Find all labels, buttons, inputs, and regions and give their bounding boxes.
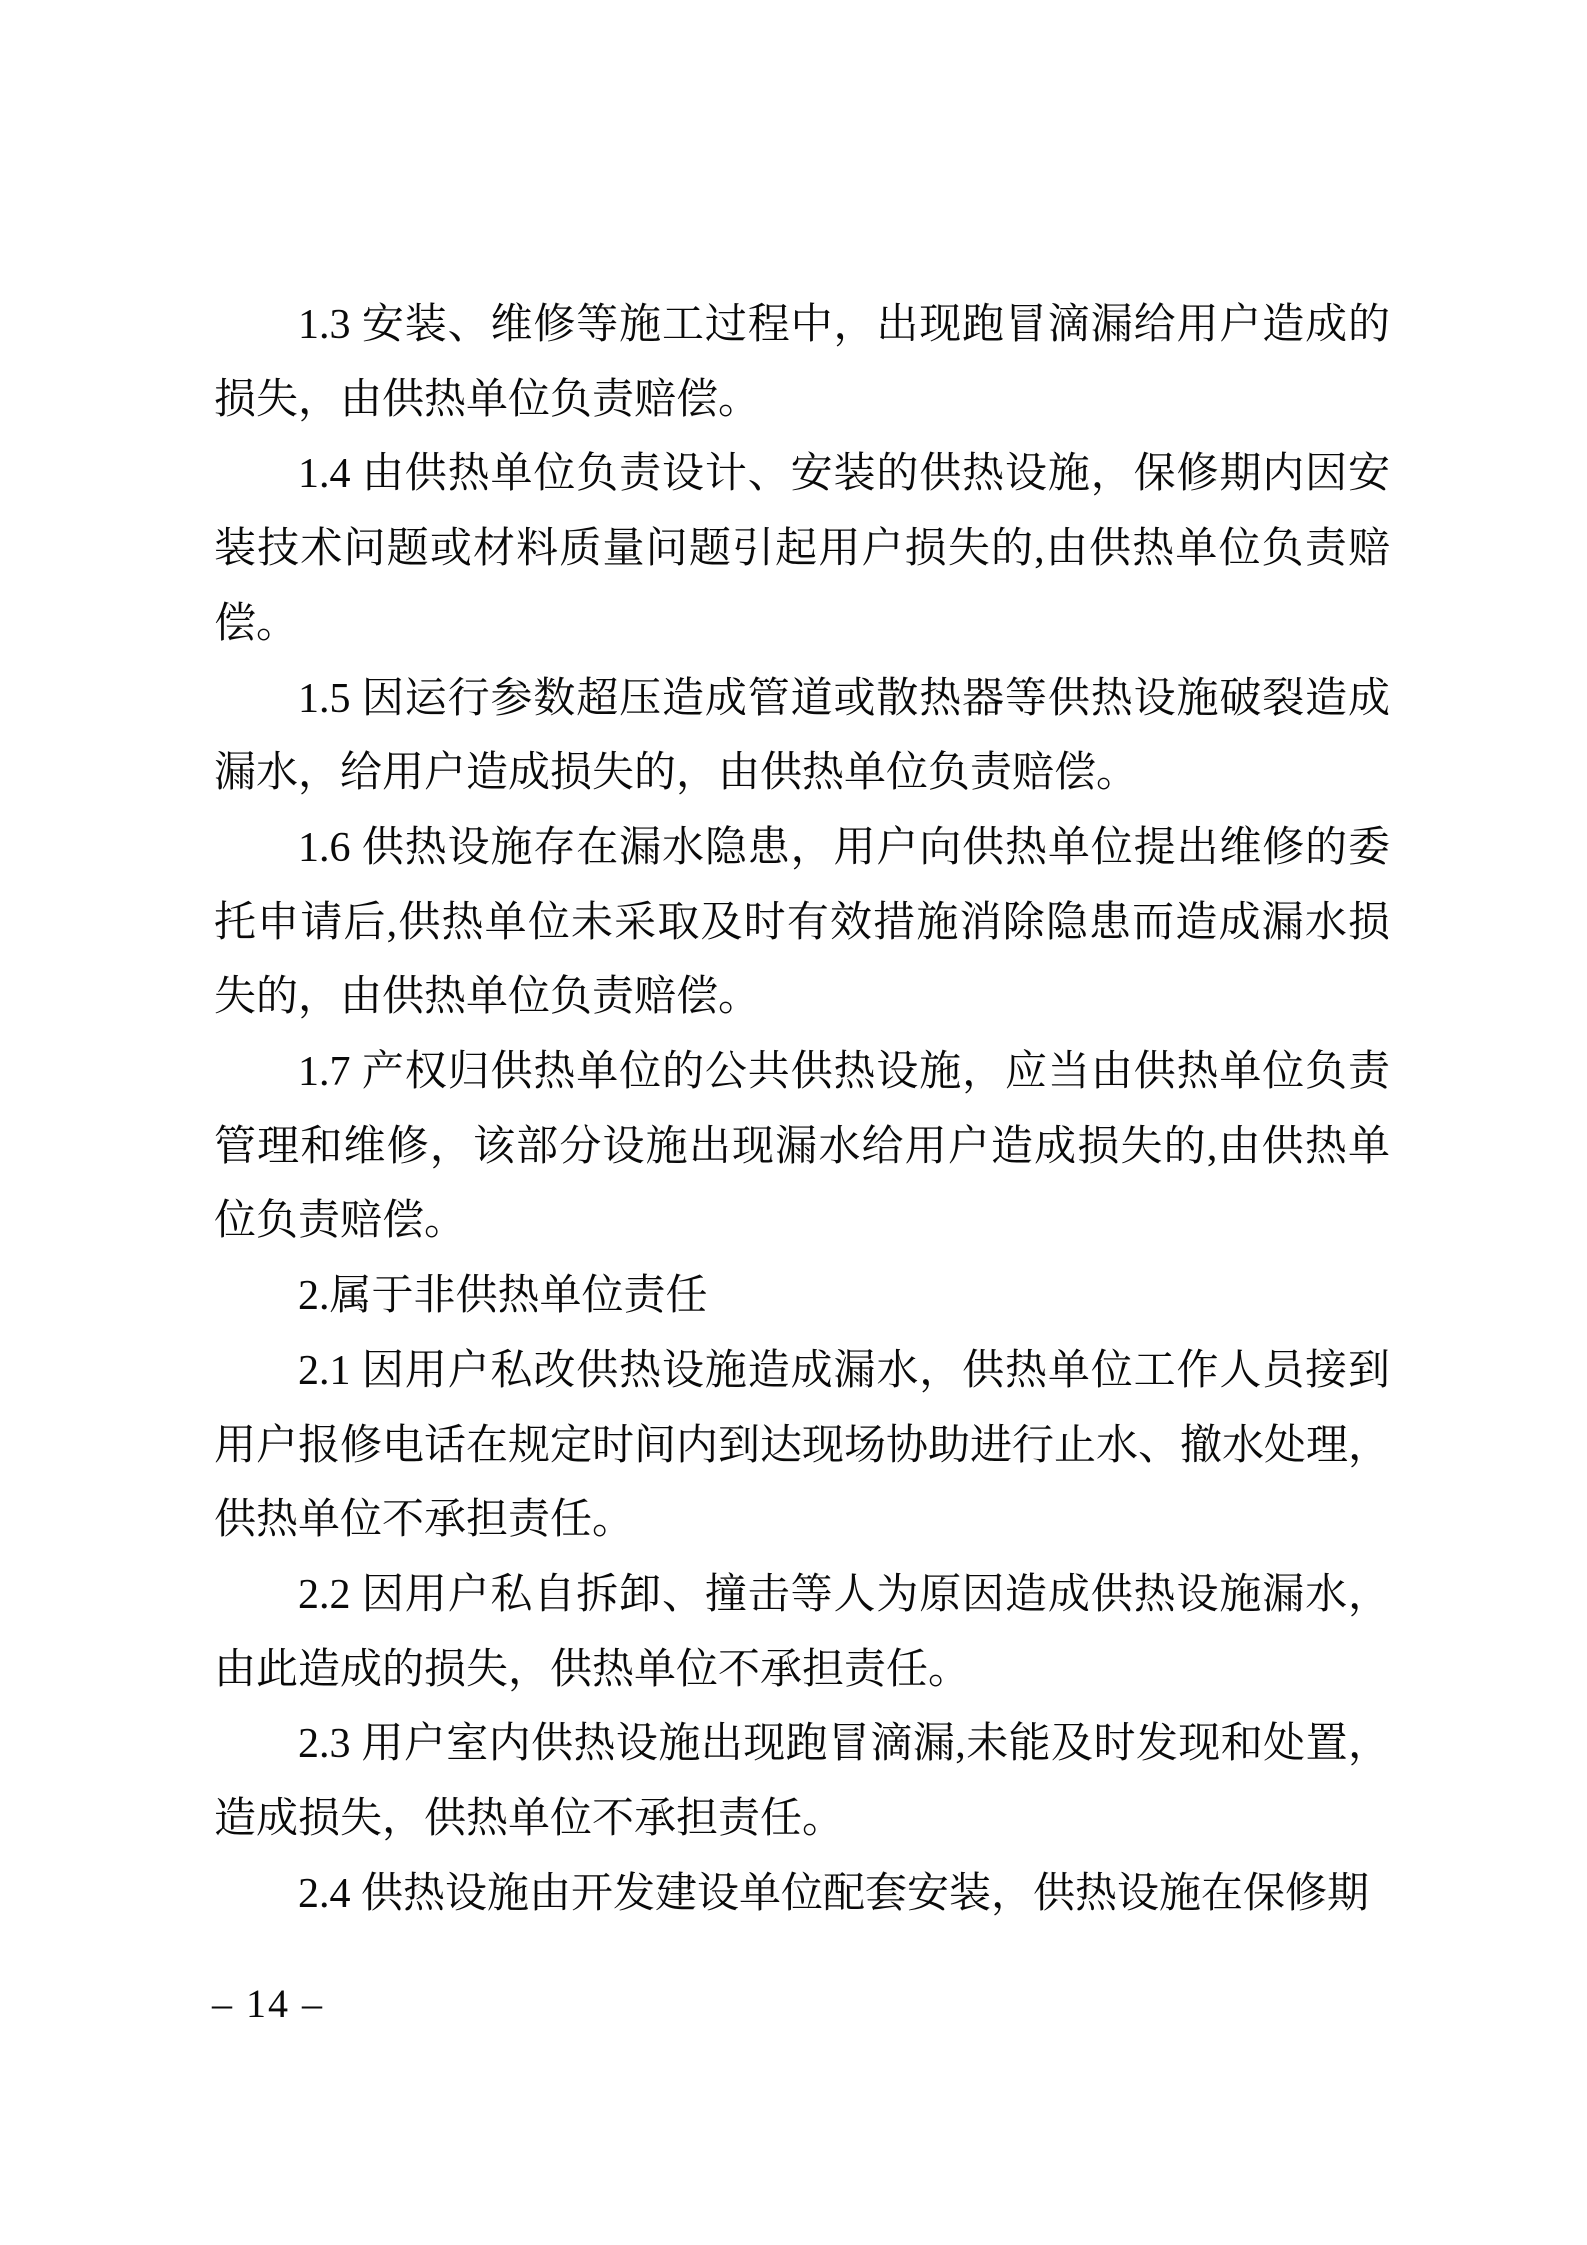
paragraph-clause-2-3: 2.3 用户室内供热设施出现跑冒滴漏,未能及时发现和处置，造成损失，供热单位不承… xyxy=(214,1707,1390,1856)
document-page: 1.3 安装、维修等施工过程中，出现跑冒滴漏给用户造成的损失，由供热单位负责赔偿… xyxy=(0,0,1587,2245)
page-number: – 14 – xyxy=(212,1982,324,2026)
paragraph-clause-1-6: 1.6 供热设施存在漏水隐患，用户向供热单位提出维修的委托申请后,供热单位未采取… xyxy=(214,811,1390,1035)
paragraph-clause-2-1: 2.1 因用户私改供热设施造成漏水，供热单位工作人员接到用户报修电话在规定时间内… xyxy=(214,1334,1390,1558)
document-body: 1.3 安装、维修等施工过程中，出现跑冒滴漏给用户造成的损失，由供热单位负责赔偿… xyxy=(214,288,1390,1931)
paragraph-clause-1-7: 1.7 产权归供热单位的公共供热设施，应当由供热单位负责管理和维修，该部分设施出… xyxy=(214,1035,1390,1259)
paragraph-clause-1-4: 1.4 由供热单位负责设计、安装的供热设施，保修期内因安装技术问题或材料质量问题… xyxy=(214,437,1390,661)
paragraph-clause-1-5: 1.5 因运行参数超压造成管道或散热器等供热设施破裂造成漏水，给用户造成损失的，… xyxy=(214,662,1390,811)
paragraph-clause-2-2: 2.2 因用户私自拆卸、撞击等人为原因造成供热设施漏水，由此造成的损失，供热单位… xyxy=(214,1558,1390,1707)
paragraph-heading-2: 2.属于非供热单位责任 xyxy=(214,1259,1390,1334)
paragraph-clause-1-3: 1.3 安装、维修等施工过程中，出现跑冒滴漏给用户造成的损失，由供热单位负责赔偿… xyxy=(214,288,1390,437)
paragraph-clause-2-4: 2.4 供热设施由开发建设单位配套安装，供热设施在保修期 xyxy=(214,1857,1390,1932)
